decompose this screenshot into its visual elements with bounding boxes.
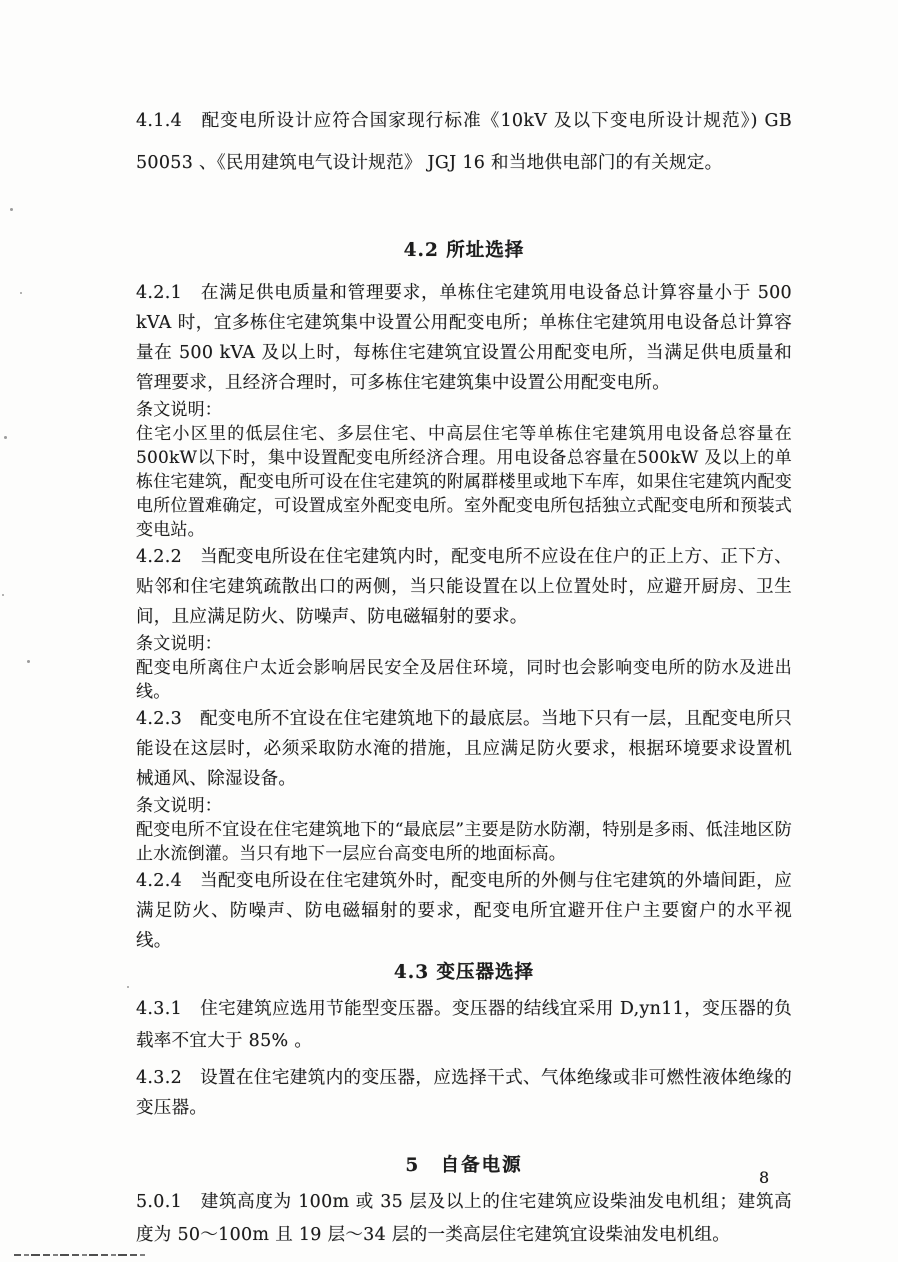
document-body: 4.1.4 配变电所设计应符合国家现行标准《10kV 及以下变电所设计规范》) … xyxy=(136,100,792,1252)
clause-4-2-4: 4.2.4 当配变电所设在住宅建筑外时，配变电所的外侧与住宅建筑的外墙间距，应满… xyxy=(136,866,792,956)
clause-5-0-1: 5.0.1 建筑高度为 100m 或 35 层及以上的住宅建筑应设柴油发电机组；… xyxy=(136,1186,792,1252)
note-text-4-2-3: 配变电所不宜设在住宅建筑地下的“最底层”主要是防水防潮，特别是多雨、低洼地区防止… xyxy=(136,818,792,866)
scan-speck xyxy=(20,292,22,294)
section-heading-4-3: 4.3 变压器选择 xyxy=(136,958,792,984)
clause-4-2-2: 4.2.2 当配变电所设在住宅建筑内时，配变电所不应设在住户的正上方、正下方、贴… xyxy=(136,542,792,632)
note-text-4-2-2: 配变电所离住户太近会影响居民安全及居住环境，同时也会影响变电所的防水及进出线。 xyxy=(136,656,792,704)
note-label-4-2-3: 条文说明： xyxy=(136,794,792,818)
scanned-document-page: 4.1.4 配变电所设计应符合国家现行标准《10kV 及以下变电所设计规范》) … xyxy=(0,0,898,1262)
note-text-4-2-1: 住宅小区里的低层住宅、多层住宅、中高层住宅等单栋住宅建筑用电设备总容量在500k… xyxy=(136,422,792,542)
clause-4-2-1: 4.2.1 在满足供电质量和管理要求，单栋住宅建筑用电设备总计算容量小于 500… xyxy=(136,278,792,398)
scan-speck xyxy=(27,660,30,663)
scan-speck xyxy=(2,594,4,596)
section-heading-4-2: 4.2 所址选择 xyxy=(136,236,792,262)
scan-speck xyxy=(10,208,13,211)
scan-dash-artifact xyxy=(14,1254,146,1256)
note-label-4-2-2: 条文说明： xyxy=(136,632,792,656)
chapter-heading-5: 5 自备电源 xyxy=(136,1151,792,1177)
clause-4-3-2: 4.3.2 设置在住宅建筑内的变压器，应选择干式、气体绝缘或非可燃性液体绝缘的变… xyxy=(136,1063,792,1123)
scan-speck xyxy=(127,986,129,988)
clause-4-1-4: 4.1.4 配变电所设计应符合国家现行标准《10kV 及以下变电所设计规范》) … xyxy=(136,100,792,184)
scan-speck xyxy=(4,436,7,439)
clause-4-3-1: 4.3.1 住宅建筑应选用节能型变压器。变压器的结线宜采用 D,yn11，变压器… xyxy=(136,993,792,1057)
note-label-4-2-1: 条文说明： xyxy=(136,398,792,422)
clause-4-2-3: 4.2.3 配变电所不宜设在住宅建筑地下的最底层。当地下只有一层，且配变电所只能… xyxy=(136,704,792,794)
page-number: 8 xyxy=(759,1168,769,1187)
